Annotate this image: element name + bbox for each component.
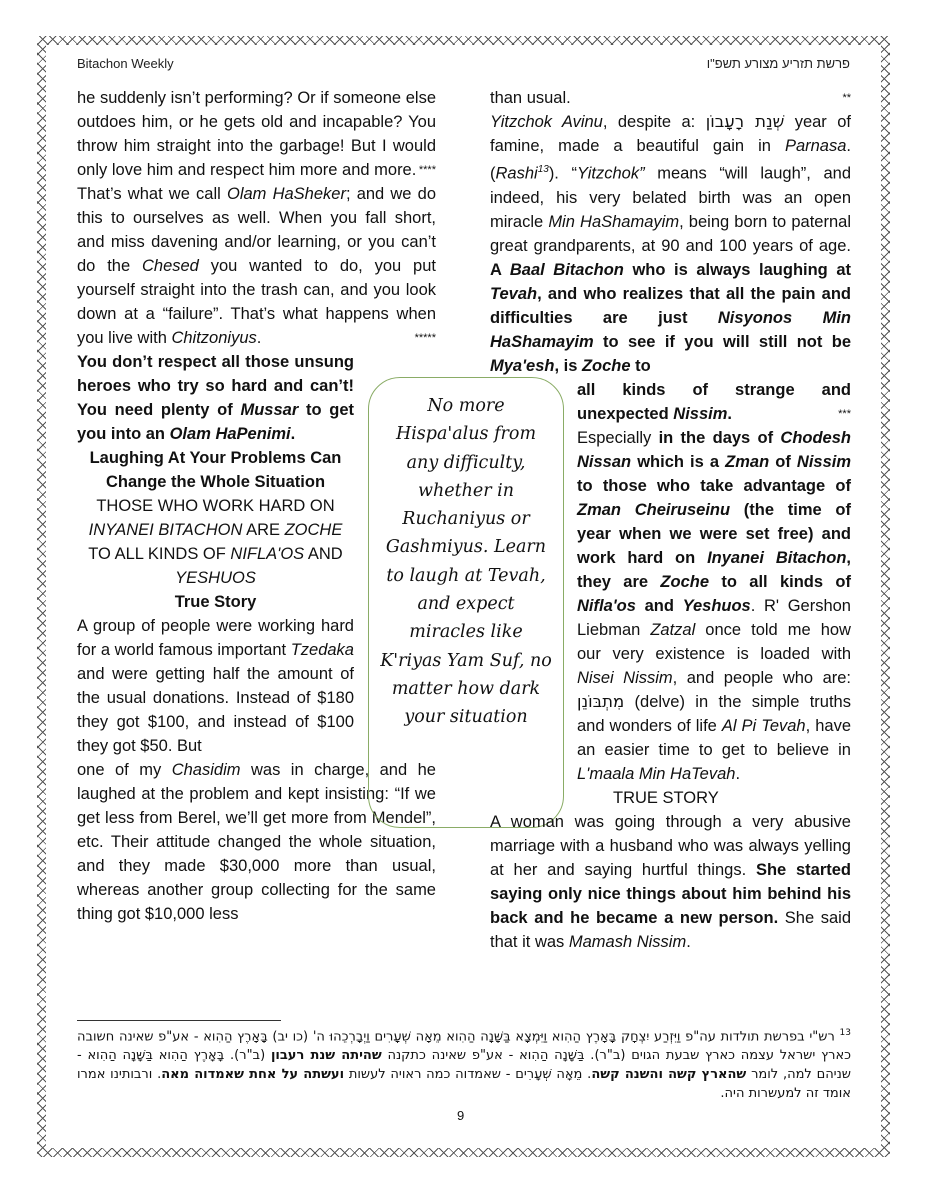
term: Mussar (240, 401, 298, 419)
text: who is always laughing at (624, 261, 851, 279)
text: A (490, 261, 510, 279)
text: ARE (242, 521, 284, 539)
term: Zatzal (650, 621, 695, 639)
term: Nissim (673, 405, 727, 423)
text: and (636, 597, 683, 615)
text: ). “ (549, 165, 577, 183)
term: YESHUOS (175, 569, 256, 587)
term: Rashi (496, 165, 538, 183)
term: Chitzoniyus (171, 329, 256, 347)
paragraph: A woman was going through a very abusive… (490, 810, 851, 954)
footnote-number: 13 (840, 1028, 851, 1038)
term: Tevah (490, 285, 537, 303)
paragraph: A group of people were working hard for … (77, 614, 354, 758)
term: INYANEI BITACHON (89, 521, 243, 539)
term: L'maala Min HaTevah (577, 765, 735, 783)
text: That’s what we call (77, 185, 227, 203)
text: TO ALL KINDS OF (88, 545, 230, 563)
text: and were getting half the amount of the … (77, 665, 354, 755)
paragraph: than usual. ** (490, 86, 851, 110)
term: Baal Bitachon (510, 261, 624, 279)
bold-paragraph: You don’t respect all those unsung heroe… (77, 350, 354, 446)
section-stars: ***** (415, 326, 436, 350)
footnote-reference[interactable]: 13 (538, 164, 549, 175)
term: Al Pi Tevah (722, 717, 806, 735)
bold-text: שהארץ קשה והשנה קשה (591, 1067, 746, 1082)
paragraph: Especially in the days of Chodesh Nissan… (577, 426, 851, 786)
bold-text: שהיתה שנת רעבון (271, 1048, 382, 1063)
term: Inyanei Bitachon (707, 549, 846, 567)
term: Zman (725, 453, 769, 471)
term: Chasidim (172, 761, 241, 779)
term: Chesed (142, 257, 199, 275)
right-column: than usual. ** Yitzchok Avinu, despite a… (490, 86, 851, 954)
term: Yeshuos (683, 597, 751, 615)
text: to see if you will still not be (594, 333, 851, 351)
header-parsha-title: פרשת תזריע מצורע תשפ"ו (707, 56, 850, 71)
term: Nisei Nissim (577, 669, 673, 687)
paragraph: he suddenly isn’t performing? Or if some… (77, 86, 436, 182)
wrapped-text-region: all kinds of strange and unexpected Niss… (577, 378, 851, 810)
true-story-label: True Story (77, 590, 354, 614)
hebrew-phrase: שְׁנַת רָעָבוֹן (706, 112, 785, 131)
term: Nissim (797, 453, 851, 471)
section-heading: Laughing At Your Problems Can Change the… (77, 446, 354, 494)
header-publication-title: Bitachon Weekly (77, 56, 174, 71)
text: . (727, 405, 732, 423)
text: . (735, 765, 740, 783)
text: in the days of (659, 429, 781, 447)
footnote-separator (77, 1020, 281, 1021)
text: , is (554, 357, 582, 375)
term: Olam HaPenimi (170, 425, 291, 443)
hebrew-word: מִתְבּוֹנֵן (577, 692, 624, 711)
term: Tzedaka (291, 641, 354, 659)
term: Yitzchok” (577, 165, 645, 183)
term: NIFLA'OS (230, 545, 304, 563)
text: AND (304, 545, 343, 563)
text: THOSE WHO WORK HARD ON (96, 497, 334, 515)
section-stars: **** (419, 158, 436, 182)
term: Mya'esh (490, 357, 554, 375)
paragraph: Yitzchok Avinu, despite a: שְׁנַת רָעָבו… (490, 110, 851, 378)
term: Parnasa (785, 137, 846, 155)
text: Especially (577, 429, 659, 447)
term: Zoche (582, 357, 631, 375)
section-subheading: THOSE WHO WORK HARD ON INYANEI BITACHON … (77, 494, 354, 590)
text: , and people who are: (673, 669, 851, 687)
text: . מֵאָה שְׁעָרִים - שאמדוה כמה ראויה לעש… (344, 1067, 591, 1082)
term: Yitzchok Avinu (490, 113, 603, 131)
term: Min HaShamayim (548, 213, 679, 231)
footnote-13: 13 רש"י בפרשת תולדות עה"פ וַיִּזְרַע יִצ… (77, 1024, 851, 1103)
text: of (769, 453, 797, 471)
bold-text: ועשתה על אחת שאמדוה מאה (161, 1067, 344, 1082)
text: , despite a: (603, 113, 706, 131)
true-story-label: TRUE STORY (490, 786, 851, 810)
term: Mamash Nissim (569, 933, 686, 951)
term: Zman Cheiruseinu (577, 501, 730, 519)
text: . (291, 425, 296, 443)
term: Zoche (660, 573, 709, 591)
paragraph: That’s what we call Olam HaSheker; and w… (77, 182, 436, 350)
term: Nifla'os (577, 597, 636, 615)
paragraph: all kinds of strange and unexpected Niss… (577, 378, 851, 426)
page-number: 9 (457, 1108, 464, 1123)
text: to all kinds of (709, 573, 851, 591)
text: to (631, 357, 651, 375)
term: Olam HaSheker (227, 185, 346, 203)
text: than usual. (490, 89, 571, 107)
text: to those who take advantage of (577, 477, 851, 495)
section-stars: ** (842, 86, 851, 110)
term: ZOCHE (285, 521, 343, 539)
text: one of my (77, 761, 172, 779)
text: . (257, 329, 262, 347)
text: he suddenly isn’t performing? Or if some… (77, 89, 436, 179)
text: . (686, 933, 691, 951)
section-stars: *** (838, 402, 851, 426)
text: which is a (631, 453, 725, 471)
